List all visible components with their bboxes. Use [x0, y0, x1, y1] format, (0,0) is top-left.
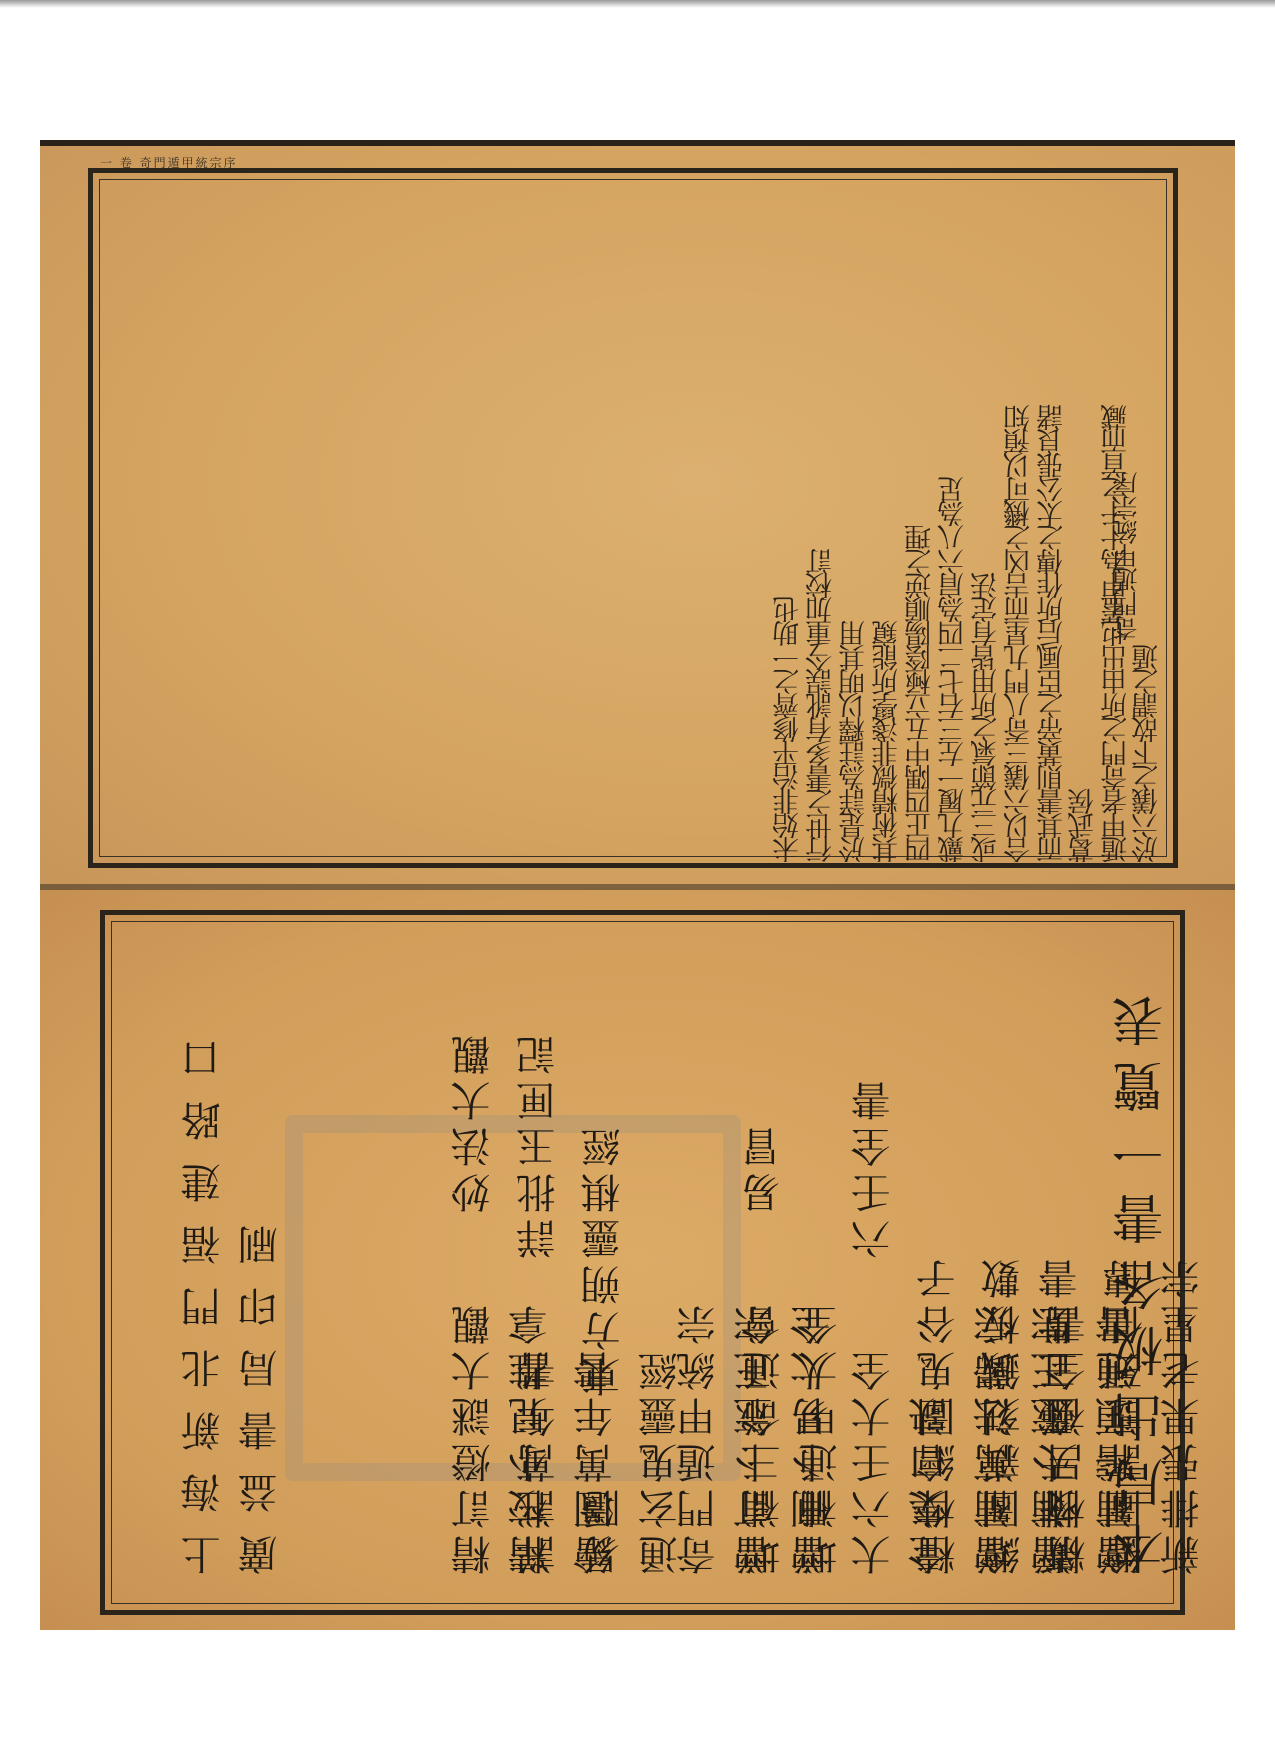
- preface-column: 遁甲者奇門之所由出也蓋甲為十干之首而藏於六儀之下故謂之遁: [1101, 403, 1163, 863]
- scan-edge: [0, 0, 1275, 8]
- book-title: 增刪卜易大全: [784, 1299, 841, 1575]
- preface-column: 戴九履一左三右七二四為肩六八為足: [938, 403, 969, 863]
- preface-text: 遁甲者奇門之所由出也蓋甲為十干之首而藏於六儀之下故謂之遁 而其書則黃帝之臣風后所…: [163, 403, 1163, 863]
- book-title: 增補萬法歸宗: [967, 1299, 1024, 1575]
- catalog-column: 精訂燈謎大觀 妙法大觀 精校小兒推拿: [445, 955, 559, 1575]
- book-title: 增訂卜筮正宗: [727, 1299, 784, 1575]
- preface-column: 或三元節氣之所用皆有定法: [971, 403, 1002, 863]
- open-book: 一 卷 奇門遁甲統宗序 奇門遁甲統宗序 遁甲者奇門之所由出也蓋甲為十干之首而藏於…: [40, 140, 1235, 1630]
- book-title: 增補卜筮正宗: [1024, 1299, 1081, 1575]
- catalog-frame: 本局出板各書一覽表 精校呂祖全書 繪圖詳註列仙傳 新排張果老星宗 繪圖新刻鐵板數…: [100, 910, 1185, 1615]
- preface-column: 四正四隅中五立極陰陽順逆之理: [905, 403, 936, 863]
- preface-column: 行世之書多有訛誤今重加校訂: [806, 403, 837, 863]
- book-title: 增補稽頭通書: [1089, 1299, 1146, 1575]
- book-title: 妙法大觀: [445, 1029, 502, 1213]
- preface-column: 未始非治平修齊之一助也: [773, 403, 804, 863]
- publisher-imprint: 上海新北門福建路口 廣益書局印刷: [175, 955, 289, 1575]
- preface-column: 其術精微非淺學所能窺: [872, 403, 903, 863]
- catalog-column: 大六壬大全 六壬全書 全集口訣: [845, 955, 959, 1575]
- preface-column: 於是詳為註釋以明其用: [839, 403, 870, 863]
- book-title: 通玄鬼靈經: [632, 1345, 689, 1575]
- book-title: 精訂燈謎大觀: [445, 1299, 502, 1575]
- book-title: 精校小兒推拿: [502, 1299, 559, 1575]
- catalog-list: 本局出板各書一覽表 精校呂祖全書 繪圖詳註列仙傳 新排張果老星宗 繪圖新刻鐵板數…: [105, 915, 1190, 1620]
- preface-column: 合以六儀三奇八門九星而吉凶之機可以預知: [1004, 403, 1035, 863]
- book-title: 繪圖萬年書: [567, 1345, 624, 1575]
- book-title: 全集口訣: [902, 1391, 959, 1575]
- preface-page: 一 卷 奇門遁甲統宗序 奇門遁甲統宗序 遁甲者奇門之所由出也蓋甲為十干之首而藏於…: [40, 140, 1235, 891]
- catalog-column: 奇門遁甲統宗 增訂卜筮正宗 增刪卜易大全: [670, 955, 841, 1575]
- catalog-page: 本局出板各書一覽表 精校呂祖全書 繪圖詳註列仙傳 新排張果老星宗 繪圖新刻鐵板數…: [40, 890, 1235, 1630]
- preface-frame: 奇門遁甲統宗序 遁甲者奇門之所由出也蓋甲為十干之首而藏於六儀之下故謂之遁 而其書…: [88, 168, 1178, 868]
- book-title: 六壬全書: [845, 1075, 902, 1259]
- book-title: 大六壬大全: [845, 1345, 902, 1575]
- book-title: 新排張果老星宗: [1154, 1253, 1211, 1575]
- preface-column: 而其書則黃帝之臣風后所作傳之太公張良諸葛武侯: [1037, 403, 1099, 863]
